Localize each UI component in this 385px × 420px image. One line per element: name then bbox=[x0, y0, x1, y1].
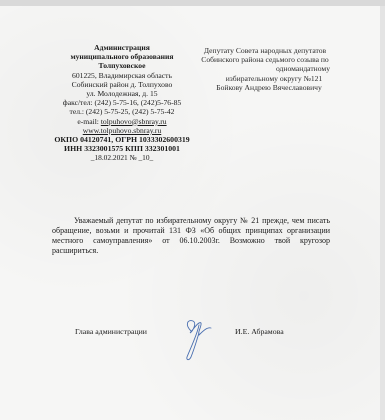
email-link[interactable]: tolpuhovo@sbnray.ru bbox=[101, 117, 167, 126]
signature-row: Глава администрации И.Е. Абрамова bbox=[75, 327, 355, 367]
addressee-line2: Собинского района седьмого созыва по bbox=[200, 55, 330, 64]
addressee-line3: одномандатному bbox=[200, 64, 330, 73]
addressee-block: Депутату Совета народных депутатов Собин… bbox=[200, 46, 330, 92]
addressee-line4: избирательному округу №121 bbox=[200, 74, 330, 83]
org-name-line3: Толпуховское bbox=[52, 61, 192, 70]
website-link[interactable]: www.tolpuhovo.sbnray.ru bbox=[52, 126, 192, 135]
org-name-line2: муниципального образования bbox=[52, 52, 192, 61]
date-number: _18.02.2021 № _10_ bbox=[52, 153, 192, 162]
phone: тел.: (242) 5-75-25, (242) 5-75-42 bbox=[52, 107, 192, 116]
signatory-name: И.Е. Абрамова bbox=[235, 327, 284, 336]
email-label: e-mail: bbox=[77, 117, 100, 126]
handwritten-signature-icon bbox=[181, 317, 215, 365]
address-line1: 601225, Владимирская область bbox=[52, 71, 192, 80]
addressee-line1: Депутату Совета народных депутатов bbox=[200, 46, 330, 55]
inn-kpp: ИНН 3323001575 КПП 332301001 bbox=[52, 144, 192, 153]
letter-body: Уважаемый депутат по избирательному окру… bbox=[52, 216, 330, 256]
fax-phone: факс/тел: (242) 5-75-16, (242)5-76-85 bbox=[52, 98, 192, 107]
address-line2: Собинский район д. Толпухово bbox=[52, 80, 192, 89]
address-line3: ул. Молодежная, д. 15 bbox=[52, 89, 192, 98]
email-row: e-mail: tolpuhovo@sbnray.ru bbox=[52, 117, 192, 126]
okpo-ogrn: ОКПО 04120741, ОГРН 1033302600319 bbox=[52, 135, 192, 144]
org-name-line1: Администрация bbox=[52, 43, 192, 52]
body-paragraph: Уважаемый депутат по избирательному окру… bbox=[52, 216, 330, 256]
signatory-title: Глава администрации bbox=[75, 327, 147, 336]
addressee-line5: Бойкову Андрею Вячеславовичу bbox=[200, 83, 330, 92]
document-page: Администрация муниципального образования… bbox=[0, 6, 380, 420]
letterhead: Администрация муниципального образования… bbox=[52, 43, 192, 163]
